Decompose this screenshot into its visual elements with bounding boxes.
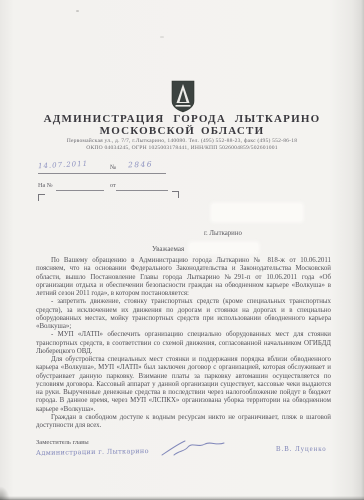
signer-title-line1: Заместитель главы — [36, 439, 89, 446]
reply-date-underline — [116, 190, 168, 191]
body-paragraph-3: Граждан в свободном доступе к водным рес… — [36, 414, 331, 431]
redacted-recipient-name — [212, 204, 302, 221]
org-registration-line: ОКПО 04034245, ОГРН 1025003178441, ИНН/К… — [0, 145, 364, 151]
letter-body: По Вашему обращению в Администрацию горо… — [36, 257, 331, 430]
reply-date-label: от — [110, 182, 116, 189]
city-line: г. Лыткарино — [204, 230, 242, 237]
address-zone-corner-mark-right — [172, 191, 179, 198]
reply-number-label: На № — [38, 182, 53, 189]
reference-underline — [38, 173, 166, 174]
handwritten-outgoing-number: 2846 — [128, 160, 153, 170]
scan-corner-smudge — [0, 486, 10, 500]
org-name-line1: АДМИНИСТРАЦИЯ ГОРОДА ЛЫТКАРИНО — [0, 113, 364, 125]
body-list-item-2: - МУП «ЛАТП» обеспечить организацию спец… — [36, 331, 331, 356]
org-name-line2: МОСКОВСКОЙ ОБЛАСТИ — [0, 125, 364, 137]
number-sign-label: № — [110, 164, 116, 171]
scan-speck — [160, 36, 164, 38]
org-address-line: Первомайская ул., д. 7/7, г.Лыткарино, 1… — [0, 138, 364, 144]
body-list-item-1: - запретить движение, стоянку транспортн… — [36, 298, 331, 331]
lytkarino-coat-of-arms-icon — [171, 80, 195, 113]
handwritten-date: 14.07.2011 — [38, 160, 88, 171]
redacted-salutation-name — [190, 243, 258, 253]
body-paragraph-2: Для обустройства специальных мест стоянк… — [36, 356, 331, 414]
scanned-letter-page: АДМИНИСТРАЦИЯ ГОРОДА ЛЫТКАРИНО МОСКОВСКО… — [0, 0, 364, 500]
address-zone-corner-mark-left — [38, 194, 45, 201]
salutation: Уважаемая — [152, 245, 184, 253]
handwritten-signature — [158, 438, 228, 460]
scan-speck — [76, 10, 79, 12]
reference-line: 14.07.2011 № 2846 — [38, 160, 166, 174]
signer-name: В.В. Луценко — [276, 446, 327, 453]
body-paragraph-1: По Вашему обращению в Администрацию горо… — [36, 257, 331, 298]
reply-number-underline — [56, 190, 104, 191]
signer-title-line2: Администрации г. Лыткарино — [36, 447, 149, 457]
